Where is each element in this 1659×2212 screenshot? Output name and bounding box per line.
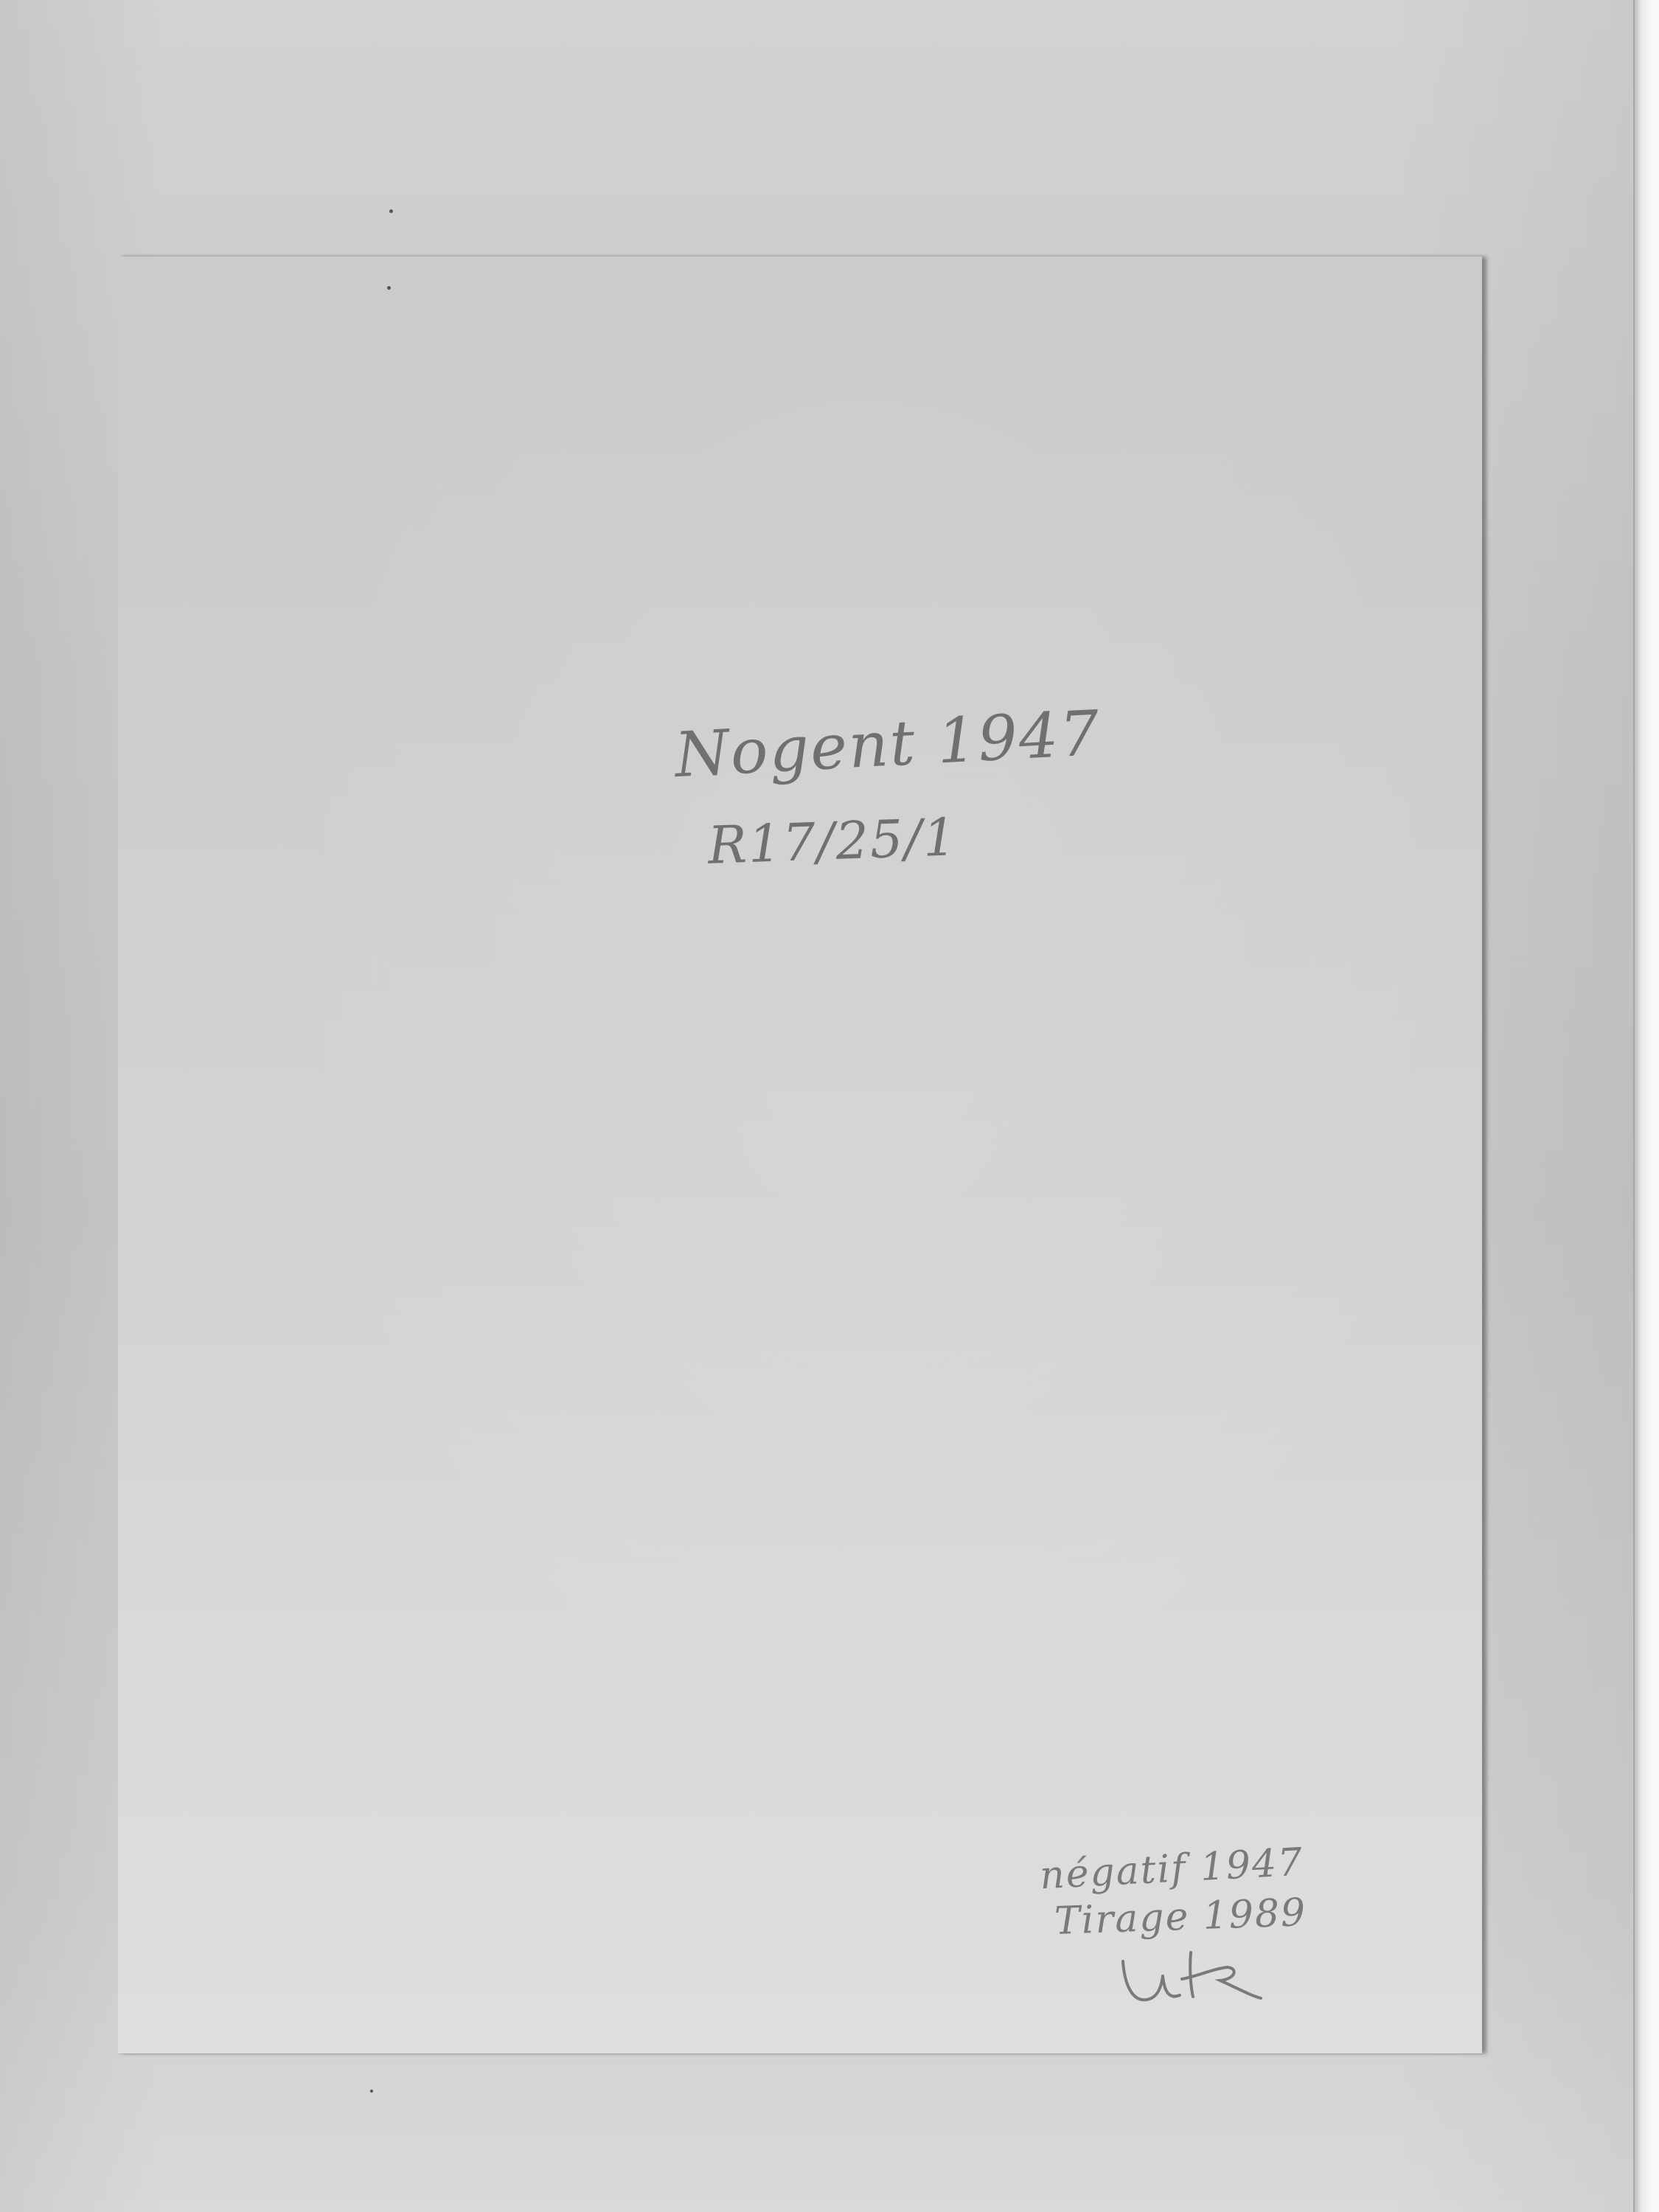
pencil-reference: R17/25/1 — [707, 807, 959, 876]
board-edge — [1633, 0, 1659, 2212]
photo-print-back — [118, 257, 1482, 2053]
dust-speck — [387, 286, 391, 290]
signature-icon — [1117, 1947, 1265, 2013]
dust-speck — [370, 2090, 373, 2093]
pencil-print-date: Tirage 1989 — [1054, 1891, 1307, 1944]
dust-speck — [389, 209, 393, 213]
